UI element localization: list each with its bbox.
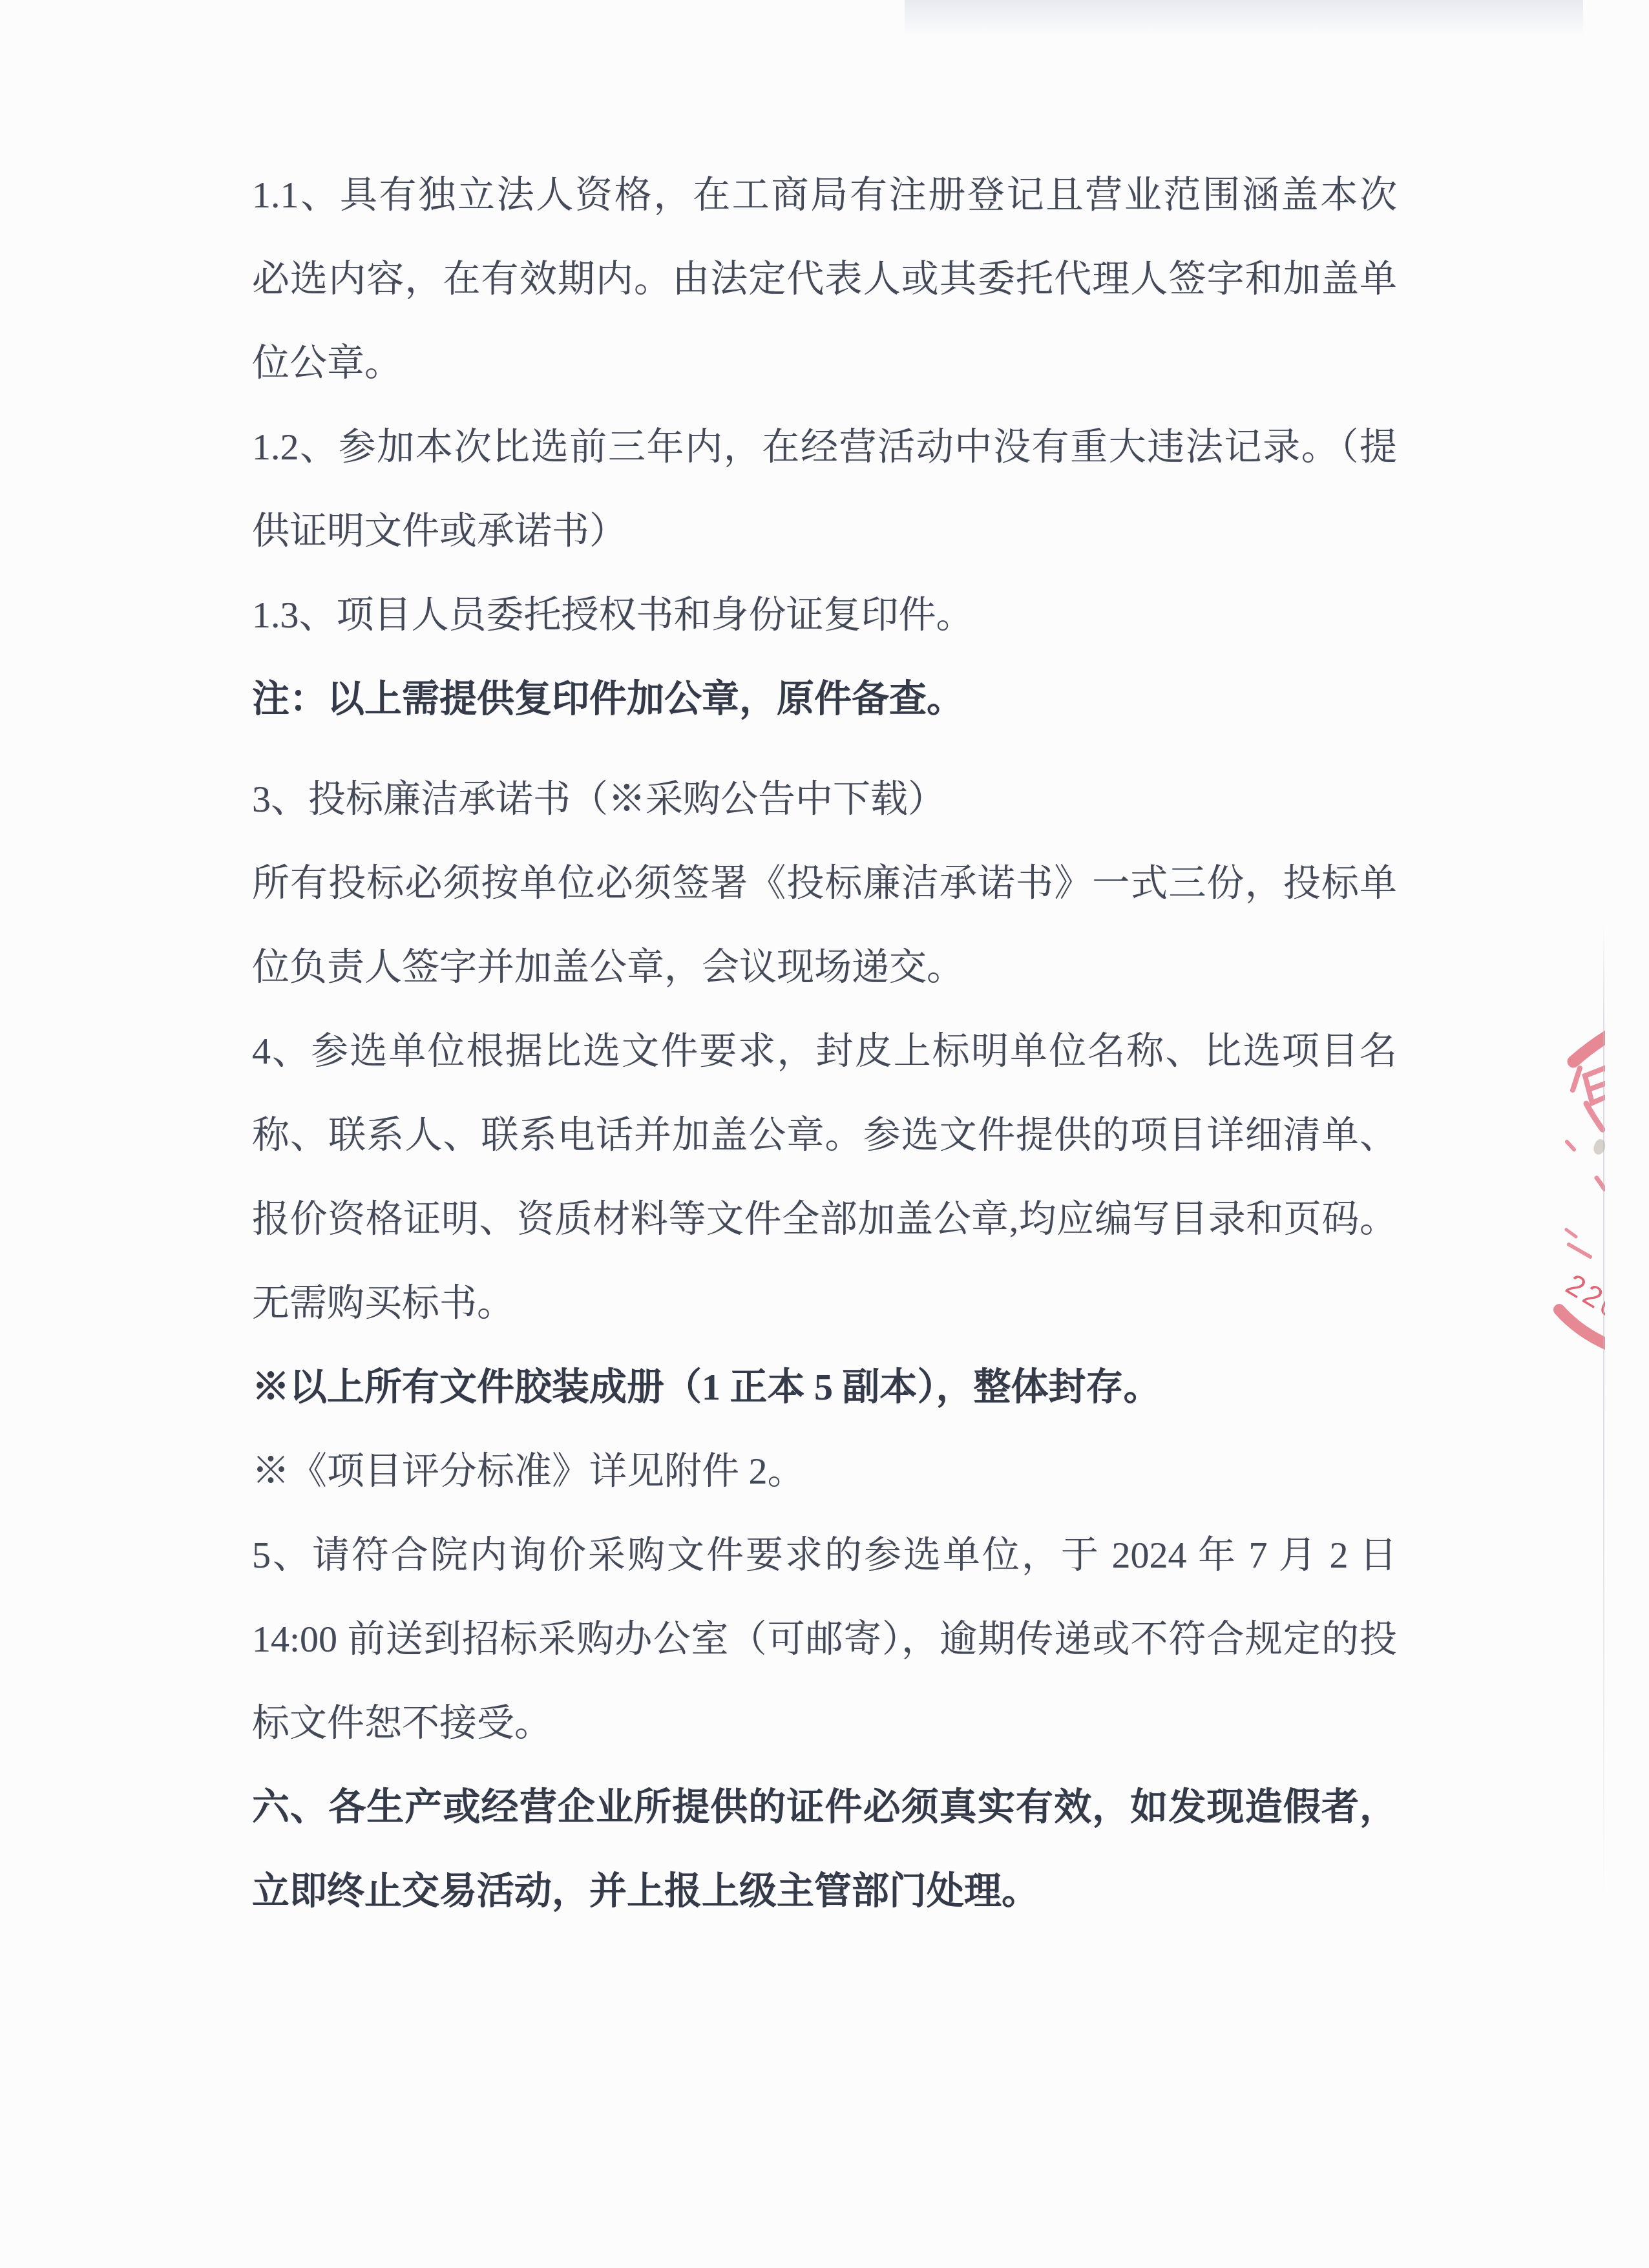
text-line: 供证明文件或承诺书） bbox=[252, 489, 1397, 573]
text-line: 六、各生产或经营企业所提供的证件必须真实有效，如发现造假者， bbox=[252, 1765, 1397, 1849]
stamp-border-top bbox=[1573, 1032, 1605, 1062]
text-line: 4、参选单位根据比选文件要求，封皮上标明单位名称、比选项目名 bbox=[252, 1009, 1397, 1093]
text-line: 位负责人签字并加盖公章，会议现场递交。 bbox=[252, 925, 1397, 1009]
text-line: 必选内容，在有效期内。由法定代表人或其委托代理人签字和加盖单 bbox=[252, 237, 1397, 321]
text-line: 1.2、参加本次比选前三年内，在经营活动中没有重大违法记录。（提 bbox=[252, 405, 1397, 489]
text-line: 3、投标廉洁承诺书（※采购公告中下载） bbox=[252, 757, 1397, 841]
scan-shadow bbox=[905, 0, 1583, 36]
text-line: ※以上所有文件胶装成册（1 正本 5 副本），整体封存。 bbox=[252, 1345, 1397, 1429]
red-stamp-fragment: 220 bbox=[1548, 998, 1605, 1360]
text-line: 位公章。 bbox=[252, 321, 1397, 405]
text-line: 1.3、项目人员委托授权书和身份证复印件。 bbox=[252, 573, 1397, 657]
text-line: 立即终止交易活动，并上报上级主管部门处理。 bbox=[252, 1849, 1397, 1933]
text-line: 标文件恕不接受。 bbox=[252, 1681, 1397, 1765]
text-line: 无需购买标书。 bbox=[252, 1261, 1397, 1345]
text-line: 所有投标必须按单位必须签署《投标廉洁承诺书》一式三份，投标单 bbox=[252, 841, 1397, 925]
text-line: 5、请符合院内询价采购文件要求的参选单位，于 2024 年 7 月 2 日 bbox=[252, 1513, 1397, 1597]
scanned-document-page: 1.1、具有独立法人资格，在工商局有注册登记且营业范围涵盖本次必选内容，在有效期… bbox=[0, 0, 1649, 2268]
document-body: 1.1、具有独立法人资格，在工商局有注册登记且营业范围涵盖本次必选内容，在有效期… bbox=[252, 153, 1397, 1933]
text-line: 14:00 前送到招标采购办公室（可邮寄），逾期传递或不符合规定的投 bbox=[252, 1597, 1397, 1681]
text-line: 报价资格证明、资质材料等文件全部加盖公章,均应编写目录和页码。 bbox=[252, 1177, 1397, 1261]
text-line: 称、联系人、联系电话并加盖公章。参选文件提供的项目详细清单、 bbox=[252, 1093, 1397, 1177]
text-line: 注：以上需提供复印件加公章，原件备查。 bbox=[252, 657, 1397, 741]
text-line: ※《项目评分标准》详见附件 2。 bbox=[252, 1429, 1397, 1513]
text-line: 1.1、具有独立法人资格，在工商局有注册登记且营业范围涵盖本次 bbox=[252, 153, 1397, 237]
